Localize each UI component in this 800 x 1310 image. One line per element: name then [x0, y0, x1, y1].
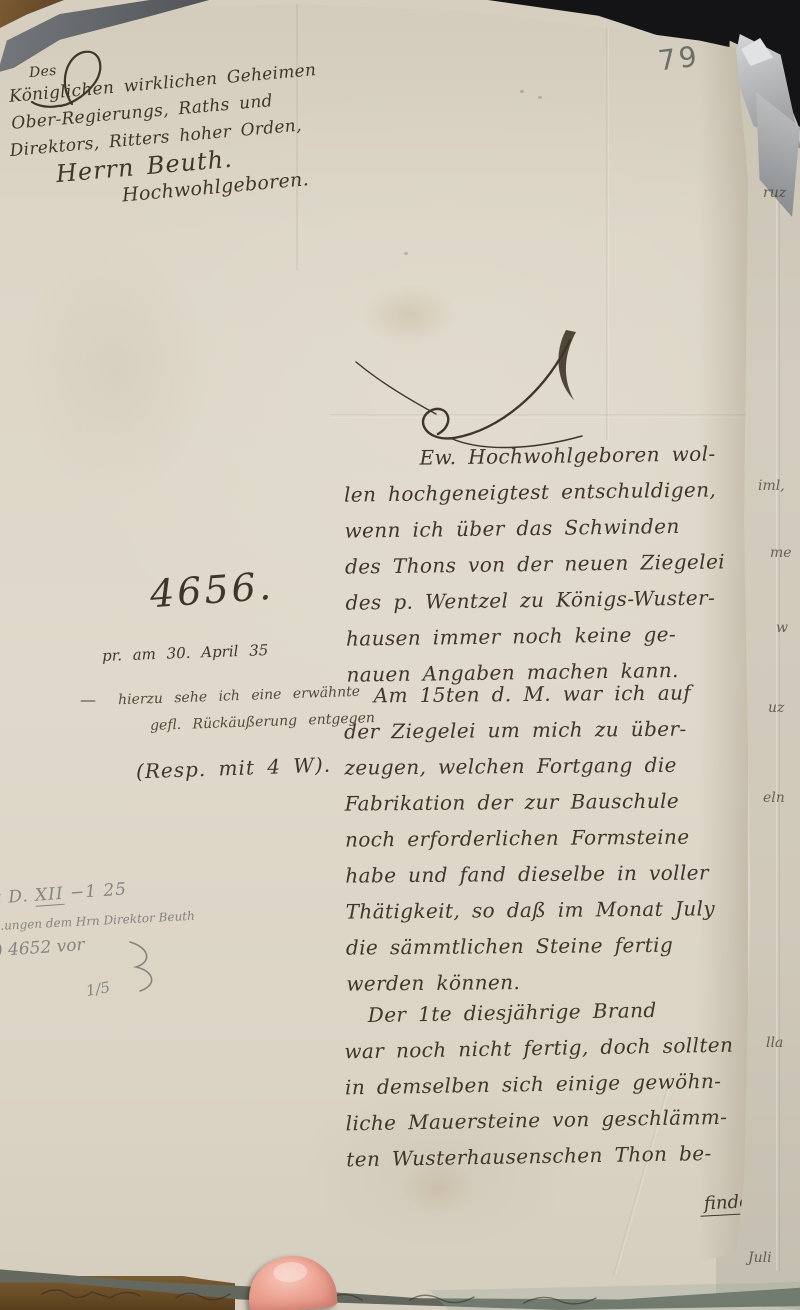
body-line: len hochgeneigtest entschuldigen,	[344, 471, 724, 512]
foxing-speck	[520, 90, 524, 93]
next-page-text-fragment: iml,	[758, 478, 785, 494]
foxing-speck	[404, 252, 408, 255]
next-page-crease	[776, 120, 780, 1270]
next-page-text-fragment: uz	[768, 700, 784, 716]
body-line: Am 15ten d. M. war ich auf	[344, 674, 714, 713]
registry-disposal-note: gefl. Rückäußerung entgegen	[150, 710, 375, 734]
wooden-table-corner	[0, 0, 64, 28]
body-paragraph-3: Der 1te diesjährige Brand war noch nicht…	[343, 991, 735, 1178]
fraction-note: 1/5	[85, 978, 112, 1000]
registry-disposal-note: hierzu sehe ich eine erwähnte	[118, 684, 361, 708]
body-line: die sämmtlichen Steine fertig	[346, 926, 716, 965]
shelfmark-prefix: t D.	[0, 886, 29, 908]
fingernail	[273, 1261, 308, 1283]
body-line: zeugen, welchen Fortgang die	[344, 746, 714, 785]
foxing-speck	[538, 96, 542, 99]
body-paragraph-1: Ew. Hochwohlgeboren wol- len hochgeneigt…	[343, 435, 727, 692]
archive-number-note: ) 4652 vor	[0, 935, 85, 961]
manuscript-page: Des Königlichen wirklichen Geheimen Ober…	[0, 0, 800, 1310]
address-block: Des Königlichen wirklichen Geheimen Ober…	[8, 57, 327, 218]
under-page-scrawl	[40, 1280, 740, 1308]
next-page-text-fragment: Juli	[748, 1250, 772, 1266]
shelfmark-rest: −1 25	[69, 879, 127, 903]
registry-check-mark: —	[80, 690, 96, 709]
address-salutation: Des	[28, 58, 58, 87]
next-page-text-fragment: me	[770, 545, 792, 561]
body-line: hausen immer noch keine ge-	[346, 615, 726, 656]
pencil-brace	[122, 938, 162, 993]
body-line: Thätigkeit, so daß im Monat July	[345, 890, 715, 929]
response-note: (Resp. mit 4 W).	[136, 753, 332, 784]
next-page-text-fragment: eln	[763, 790, 785, 806]
body-line: Ew. Hochwohlgeboren wol-	[343, 435, 723, 476]
body-line: des p. Wentzel zu Königs-Wuster-	[345, 579, 725, 620]
body-line: Fabrikation der zur Bauschule	[345, 782, 715, 821]
body-line: noch erforderlichen Formsteine	[345, 818, 715, 857]
shelfmark-roman-numeral: XII	[34, 884, 64, 907]
paper-stain	[20, 240, 210, 500]
next-page-text-fragment: ruz	[763, 185, 786, 201]
paper-crease	[606, 0, 609, 440]
presentation-date-note: pr. am 30. April 35	[102, 641, 269, 665]
archival-letter-photo: Des Königlichen wirklichen Geheimen Ober…	[0, 0, 800, 1310]
body-paragraph-2: Am 15ten d. M. war ich auf der Ziegelei …	[344, 674, 716, 1001]
folio-number: 79	[656, 40, 701, 78]
archive-reference-note: …ungen dem Hrn Direktor Beuth	[0, 909, 195, 934]
body-line: des Thons von der neuen Ziegelei	[345, 543, 725, 584]
body-line: habe und fand dieselbe in voller	[345, 854, 715, 893]
registry-number: 4656.	[149, 564, 276, 617]
body-line: der Ziegelei um mich zu über-	[344, 710, 714, 749]
body-line: ten Wusterhausenschen Thon be-	[346, 1135, 736, 1178]
next-page-text-fragment: lla	[766, 1035, 783, 1051]
archive-shelfmark-note: t D. XII −1 25	[0, 879, 128, 908]
body-line: wenn ich über das Schwinden	[344, 507, 724, 548]
next-page-text-fragment: w	[776, 620, 788, 636]
